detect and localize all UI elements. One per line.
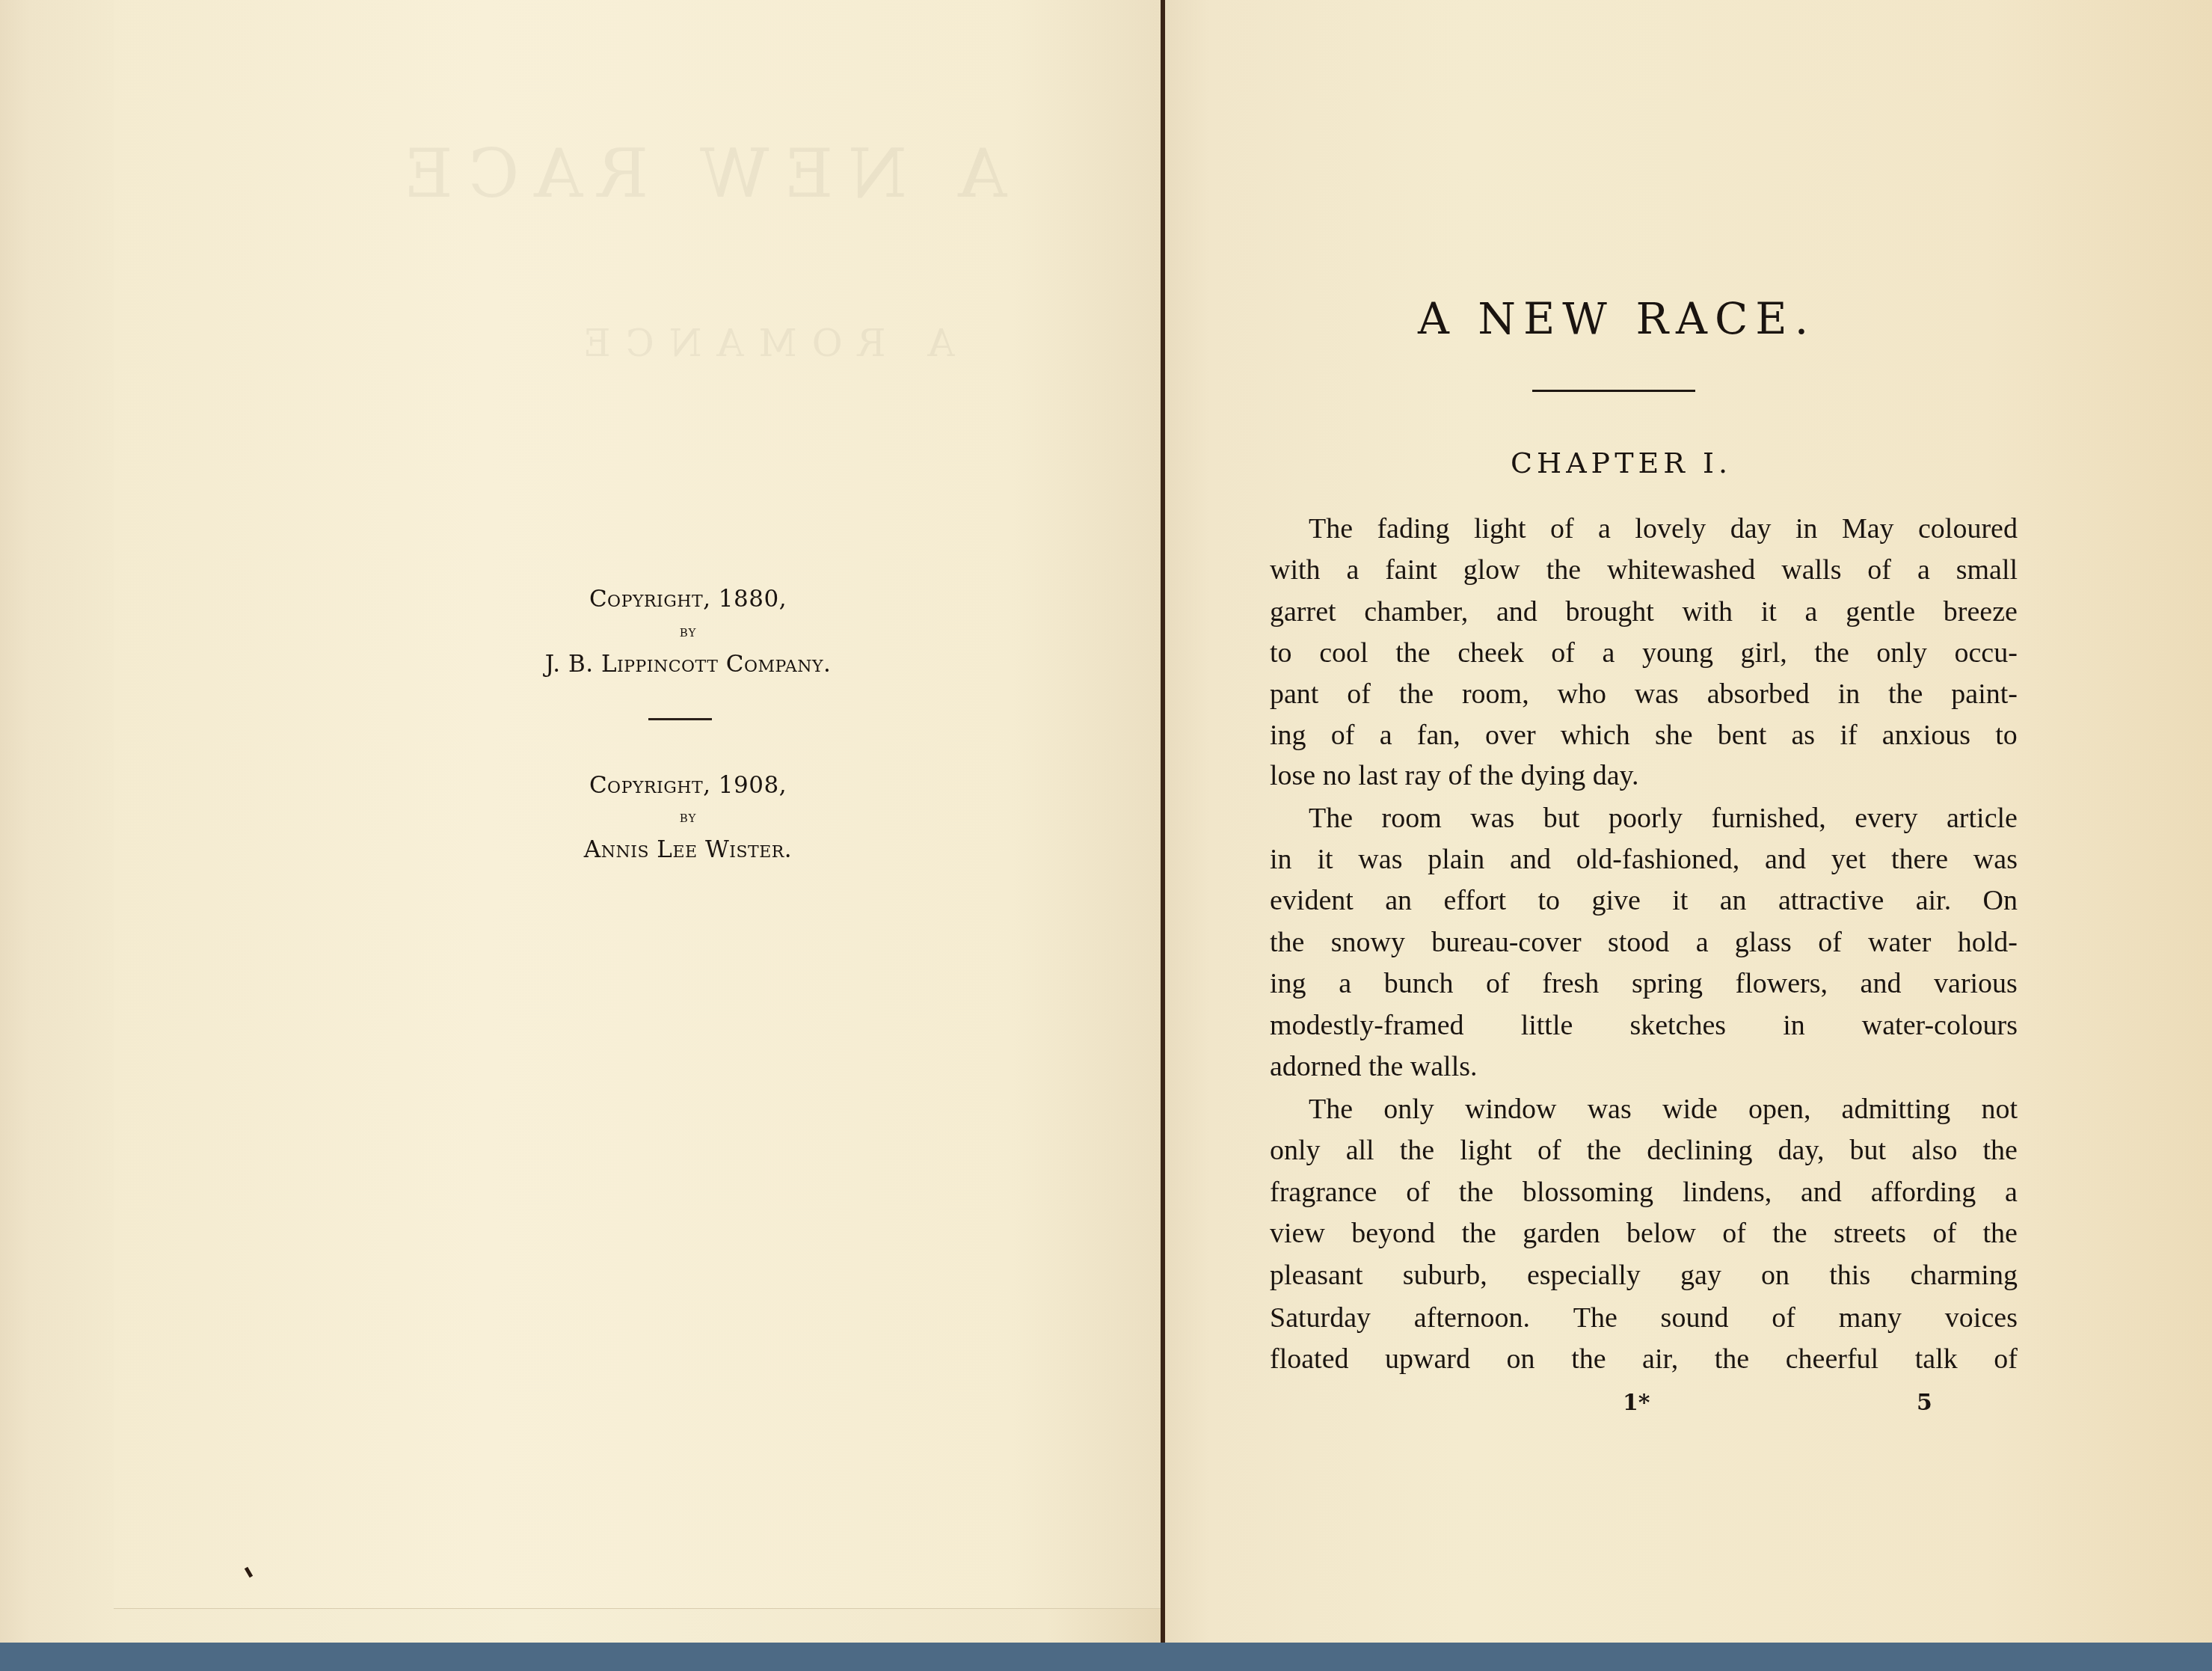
text-line: ingabunchoffreshspringflowers,andvarious (1270, 969, 2018, 998)
copyright-1908-line: Copyright, 1908, (589, 772, 787, 799)
text-line: pantoftheroom,whowasabsorbedinthepaint- (1270, 680, 2018, 708)
text-line: Saturdayafternoon.Thesoundofmanyvoices (1270, 1304, 2018, 1332)
left-page: A NEW RACE A ROMANCE Copyright, 1880, by… (0, 0, 1167, 1643)
text-line: onlyallthelightofthedecliningday,butalso… (1270, 1136, 2018, 1165)
text-line: Theonlywindowwaswideopen,admittingnot (1270, 1095, 2018, 1123)
text-line: lose no last ray of the dying day. (1270, 761, 2018, 790)
text-line: initwasplainandold-fashioned,andyetthere… (1270, 845, 2018, 874)
text-line: garretchamber,andbroughtwithitagentlebre… (1270, 598, 2018, 626)
copyright-1908-by: by (680, 808, 697, 827)
copyright-1880-holder: J. B. Lippincott Company. (545, 651, 832, 678)
book-title: A NEW RACE. (1418, 293, 1816, 344)
signature-mark: 1* (1623, 1390, 1650, 1416)
left-page-inner-leaf (114, 0, 1161, 1609)
text-line: pleasantsuburb,especiallygayonthischarmi… (1270, 1261, 2018, 1290)
copyright-1880-by: by (680, 622, 697, 641)
copyright-1908-holder: Annis Lee Wister. (584, 836, 792, 863)
text-line: viewbeyondthegardenbelowofthestreetsofth… (1270, 1219, 2018, 1248)
page-number: 5 (1917, 1390, 1932, 1416)
text-line: withafaintglowthewhitewashedwallsofasmal… (1270, 556, 2018, 584)
text-line: floatedupwardontheair,thecheerfultalkof (1270, 1345, 2018, 1373)
copyright-divider (648, 718, 712, 720)
title-divider (1532, 390, 1695, 392)
chapter-heading: CHAPTER I. (1511, 447, 1732, 479)
bleed-through-subtitle: A ROMANCE (568, 322, 954, 365)
text-line: tocoolthecheekofayounggirl,theonlyoccu- (1270, 639, 2018, 667)
bleed-through-title: A NEW RACE (389, 135, 1007, 213)
copyright-1880-line: Copyright, 1880, (589, 586, 787, 613)
text-line: fragranceoftheblossominglindens,andaffor… (1270, 1178, 2018, 1207)
text-line: evidentanefforttogiveitanattractiveair.O… (1270, 886, 2018, 915)
text-line: ThefadinglightofalovelydayinMaycoloured (1270, 515, 2018, 543)
text-line: ingofafan,overwhichshebentasifanxiousto (1270, 721, 2018, 749)
text-line: thesnowybureau-coverstoodaglassofwaterho… (1270, 928, 2018, 957)
text-line: adorned the walls. (1270, 1052, 2018, 1081)
text-line: modestly-framedlittlesketchesinwater-col… (1270, 1011, 2018, 1040)
text-line: Theroomwasbutpoorlyfurnished,everyarticl… (1270, 804, 2018, 833)
